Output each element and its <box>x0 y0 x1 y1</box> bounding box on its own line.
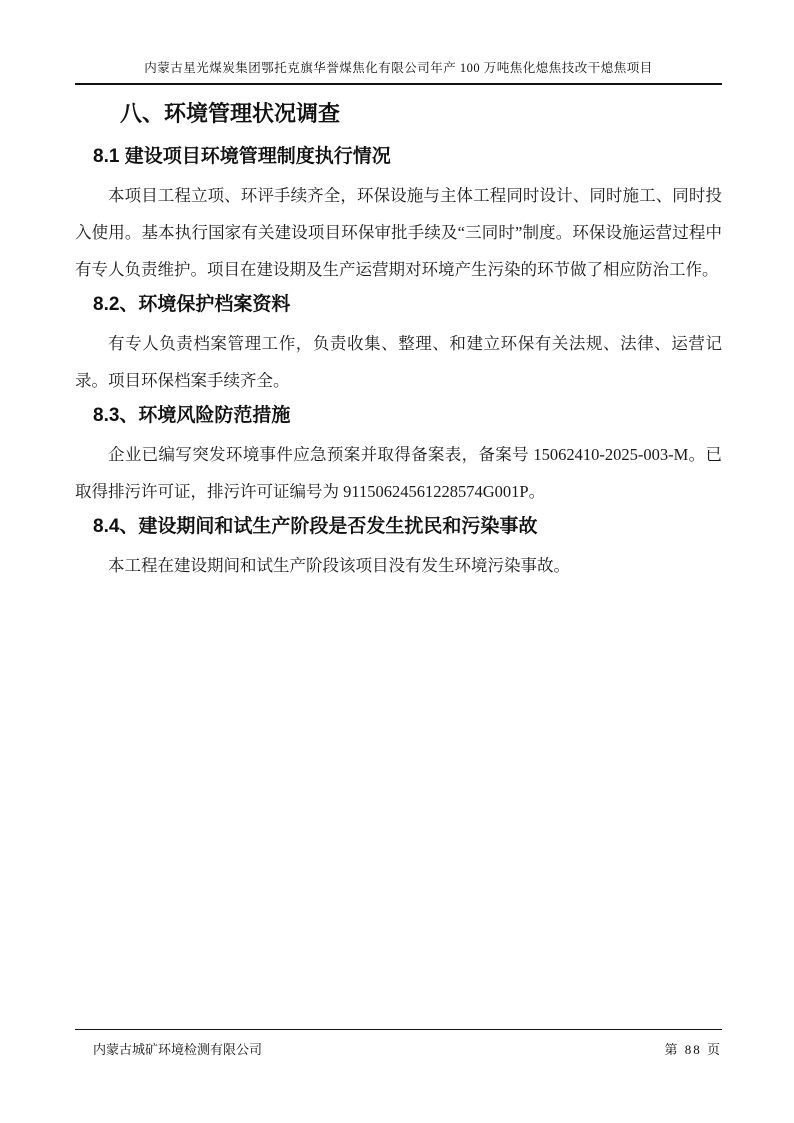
section-8-2-paragraph: 有专人负责档案管理工作，负责收集、整理、和建立环保有关法规、法律、运营记录。项目… <box>75 325 722 399</box>
section-heading-8-4: 8.4、建设期间和试生产阶段是否发生扰民和污染事故 <box>93 514 722 540</box>
footer-page-number: 第 88 页 <box>664 1039 722 1058</box>
section-8-4-paragraph: 本工程在建设期间和试生产阶段该项目没有发生环境污染事故。 <box>75 547 722 584</box>
page-footer: 内蒙古城矿环境检测有限公司 第 88 页 <box>75 1029 722 1058</box>
document-body: 八、环境管理状况调查 8.1 建设项目环境管理制度执行情况 本项目工程立项、环评… <box>75 87 722 584</box>
page-header: 内蒙古星光煤炭集团鄂托克旗华誉煤焦化有限公司年产 100 万吨焦化熄焦技改干熄焦… <box>75 0 722 85</box>
section-heading-8-2: 8.2、环境保护档案资料 <box>93 292 722 318</box>
footer-company-name: 内蒙古城矿环境检测有限公司 <box>93 1039 262 1058</box>
section-8-3-paragraph: 企业已编写突发环境事件应急预案并取得备案表，备案号 15062410-2025-… <box>75 436 722 510</box>
section-heading-8-3: 8.3、环境风险防范措施 <box>93 403 722 429</box>
section-8-1-paragraph: 本项目工程立项、环评手续齐全，环保设施与主体工程同时设计、同时施工、同时投入使用… <box>75 177 722 288</box>
section-heading-8-1: 8.1 建设项目环境管理制度执行情况 <box>93 144 722 170</box>
document-page: 内蒙古星光煤炭集团鄂托克旗华誉煤焦化有限公司年产 100 万吨焦化熄焦技改干熄焦… <box>0 0 794 1123</box>
header-project-title: 内蒙古星光煤炭集团鄂托克旗华誉煤焦化有限公司年产 100 万吨焦化熄焦技改干熄焦… <box>144 58 653 76</box>
chapter-title: 八、环境管理状况调查 <box>120 99 722 129</box>
